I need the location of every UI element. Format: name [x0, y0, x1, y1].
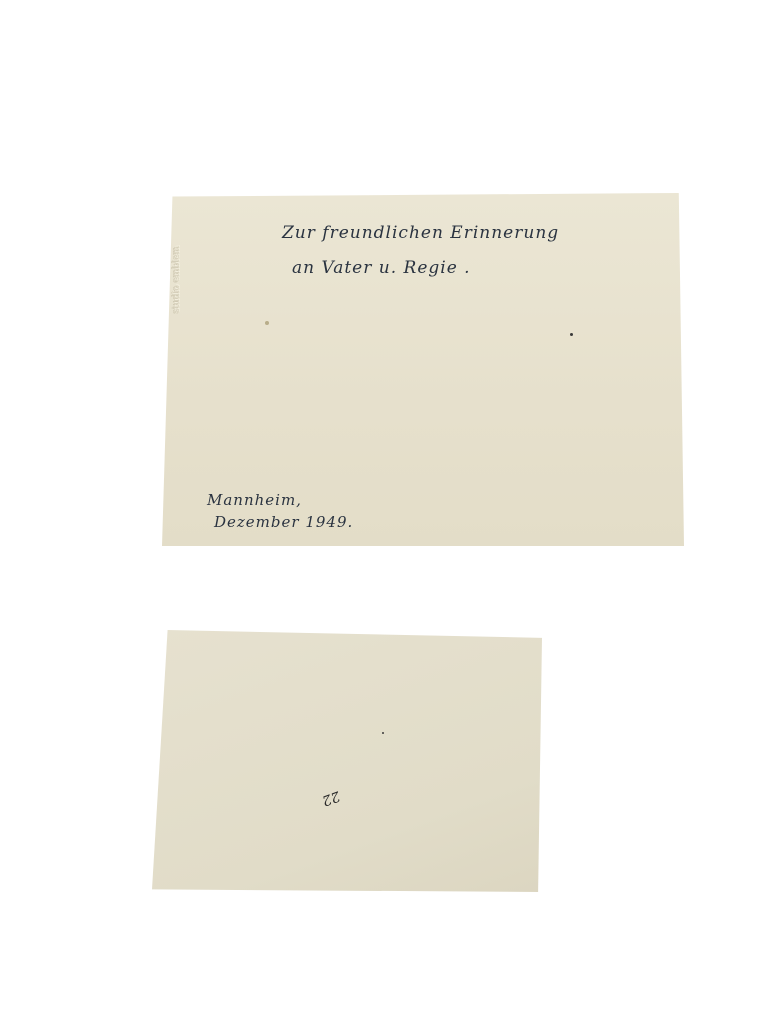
- paper-spot: [382, 732, 384, 734]
- paper-spot: [570, 333, 573, 336]
- embossed-studio-mark: studio emblem: [172, 205, 208, 313]
- handwriting-line-2: an Vater u. Regie .: [292, 258, 471, 278]
- handwriting-date: Dezember 1949.: [214, 513, 353, 531]
- handwriting-line-1: Zur freundlichen Erinnerung: [282, 223, 559, 243]
- handwriting-place: Mannheim,: [207, 491, 302, 509]
- photo-card-top: studio emblem Zur freundlichen Erinnerun…: [162, 193, 684, 546]
- paper-spot: [265, 321, 269, 325]
- handwritten-number: 22: [320, 787, 342, 808]
- photo-card-bottom: 22: [152, 630, 542, 892]
